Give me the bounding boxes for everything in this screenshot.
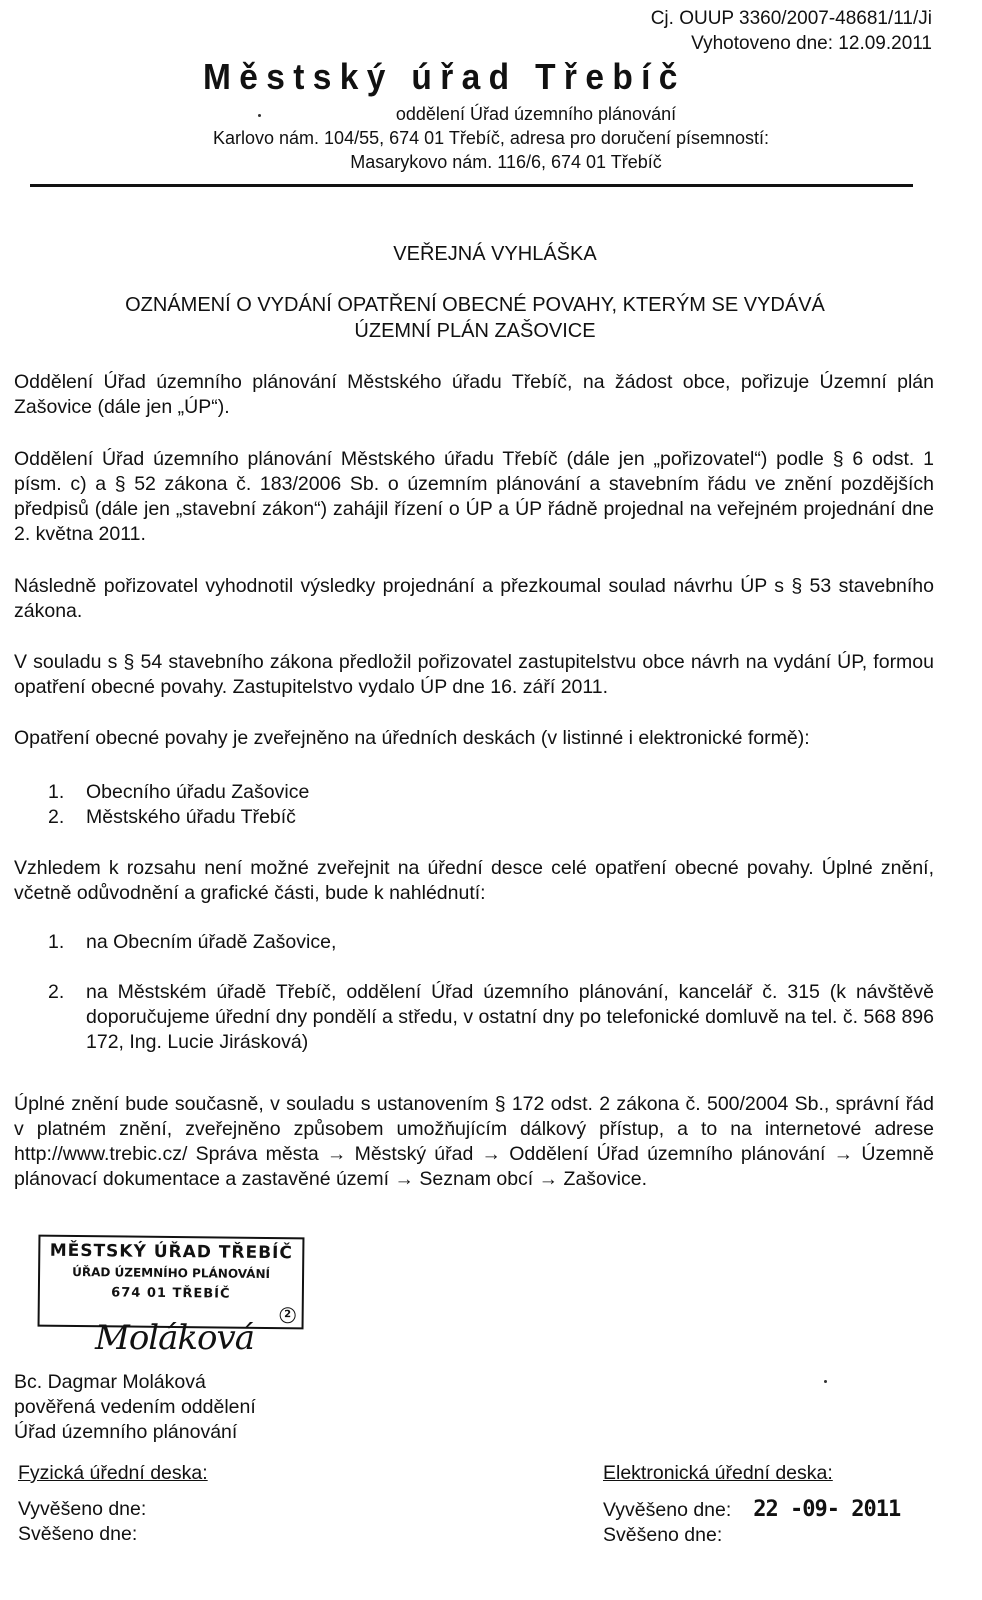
issued-date: Vyhotoveno dne: 12.09.2011	[651, 31, 932, 56]
signer-name: Bc. Dagmar Moláková	[14, 1370, 256, 1395]
stamp-number: 2	[280, 1307, 296, 1323]
header-divider	[30, 184, 913, 187]
paragraph-2: Oddělení Úřad územního plánování Městské…	[14, 447, 934, 547]
handwritten-signature: Moláková	[95, 1318, 254, 1358]
department-name: oddělení Úřad územního plánování	[0, 102, 982, 126]
list-item: 1.na Obecním úřadě Zašovice,	[48, 930, 934, 955]
inspection-list: 1.na Obecním úřadě Zašovice, 2.na Městsk…	[48, 930, 934, 1055]
scan-speck	[258, 114, 261, 117]
stamp-line-3: 674 01 TŘEBÍČ	[40, 1285, 302, 1303]
electronic-board: Elektronická úřední deska: Vyvěšeno dne:…	[603, 1462, 900, 1548]
notice-subject: OZNÁMENÍ O VYDÁNÍ OPATŘENÍ OBECNÉ POVAHY…	[0, 292, 950, 344]
notice-title: VEŘEJNÁ VYHLÁŠKA	[0, 243, 970, 266]
posted-date-stamp: 22 -09- 2011	[753, 1497, 900, 1522]
list-item: 1.Obecního úřadu Zašovice	[48, 780, 309, 805]
signer-block: Bc. Dagmar Moláková pověřená vedením odd…	[14, 1370, 256, 1445]
signer-role-2: Úřad územního plánování	[14, 1420, 256, 1445]
list-item: 2.Městského úřadu Třebíč	[48, 805, 309, 830]
organization-title: Městský úřad Třebíč	[203, 56, 686, 98]
list-item: 2.na Městském úřadě Třebíč, oddělení Úřa…	[48, 980, 934, 1055]
signer-role-1: pověřená vedením oddělení	[14, 1395, 256, 1420]
paragraph-4: V souladu s § 54 stavebního zákona předl…	[14, 650, 934, 700]
physical-posted-row: Vyvěšeno dne:	[18, 1497, 208, 1522]
physical-board-heading: Fyzická úřední deska:	[18, 1462, 208, 1485]
scan-speck	[824, 1380, 827, 1383]
organization-address: oddělení Úřad územního plánování Karlovo…	[0, 102, 982, 174]
electronic-posted-row: Vyvěšeno dne:22 -09- 2011	[603, 1497, 900, 1523]
address-line-2: Masarykovo nám. 116/6, 674 01 Třebíč	[0, 150, 982, 174]
paragraph-1: Oddělení Úřad územního plánování Městské…	[14, 370, 934, 420]
stamp-line-2: ÚŘAD ÚZEMNÍHO PLÁNOVÁNÍ	[40, 1265, 302, 1282]
reference-number: Cj. OUUP 3360/2007-48681/11/Ji	[651, 6, 932, 31]
paragraph-7: Úplné znění bude současně, v souladu s u…	[14, 1092, 934, 1192]
official-boards-list: 1.Obecního úřadu Zašovice 2.Městského úř…	[48, 780, 309, 830]
subject-line-1: OZNÁMENÍ O VYDÁNÍ OPATŘENÍ OBECNÉ POVAHY…	[0, 292, 950, 318]
document-header-reference: Cj. OUUP 3360/2007-48681/11/Ji Vyhotoven…	[651, 6, 932, 56]
physical-removed-row: Svěšeno dne:	[18, 1522, 208, 1547]
paragraph-5: Opatření obecné povahy je zveřejněno na …	[14, 726, 934, 751]
office-stamp: MĚSTSKÝ ÚŘAD TŘEBÍČ ÚŘAD ÚZEMNÍHO PLÁNOV…	[38, 1235, 305, 1330]
electronic-removed-row: Svěšeno dne:	[603, 1523, 900, 1548]
electronic-board-heading: Elektronická úřední deska:	[603, 1462, 900, 1485]
subject-line-2: ÚZEMNÍ PLÁN ZAŠOVICE	[0, 318, 950, 344]
paragraph-3: Následně pořizovatel vyhodnotil výsledky…	[14, 574, 934, 624]
paragraph-6: Vzhledem k rozsahu není možné zveřejnit …	[14, 856, 934, 906]
address-line-1: Karlovo nám. 104/55, 674 01 Třebíč, adre…	[0, 126, 982, 150]
physical-board: Fyzická úřední deska: Vyvěšeno dne: Svěš…	[18, 1462, 208, 1547]
stamp-line-1: MĚSTSKÝ ÚŘAD TŘEBÍČ	[40, 1241, 302, 1264]
